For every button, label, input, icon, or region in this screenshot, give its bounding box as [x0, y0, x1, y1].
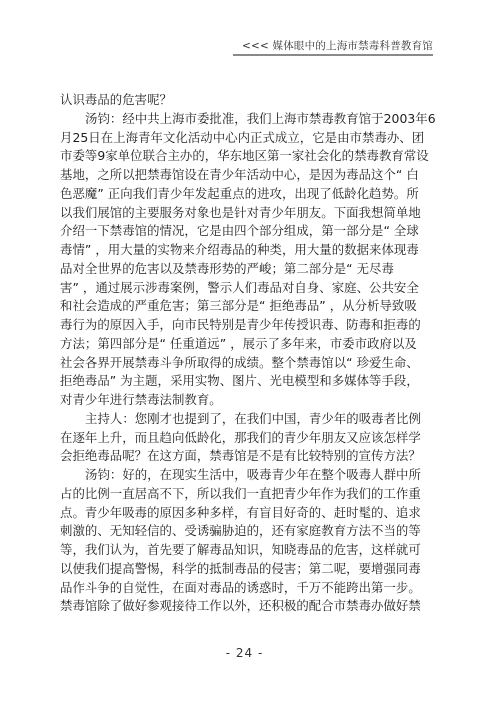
text-line: 品对全世界的危害以及禁毒形势的严峻；第二部分是“ 无尽毒 — [60, 260, 432, 279]
page-number: - 24 - — [0, 646, 489, 660]
text-line: 等，我们认为，首先要了解毒品知识，知晓毒品的危害，这样就可 — [60, 541, 432, 560]
text-line: 月25日在上海青年文化活动中心内正式成立，它是由市禁毒办、团 — [60, 129, 432, 148]
text-line: 社会各界开展禁毒斗争所取得的成绩。整个禁毒馆以“ 珍爱生命、 — [60, 354, 432, 373]
text-line: 在逐年上升，而且趋向低龄化，那我们的青少年朋友又应该怎样学 — [60, 429, 432, 448]
article-body: 认识毒品的危害呢？ 汤钧：经中共上海市委批准，我们上海市禁毒教育馆于2003年6… — [60, 91, 432, 616]
text-line: 以我们展馆的主要服务对象也是针对青少年朋友。下面我想简单地 — [60, 204, 432, 223]
text-line: 和社会造成的严重危害；第三部分是“ 拒绝毒品” ，从分析导致吸 — [60, 297, 432, 316]
paragraph-start-line: 汤钧：经中共上海市委批准，我们上海市禁毒教育馆于2003年6 — [60, 110, 432, 129]
text-line: 毒行为的原因入手，向市民特别是青少年传授识毒、防毒和拒毒的 — [60, 316, 432, 335]
text-line: 品作斗争的自觉性，在面对毒品的诱惑时，千万不能跨出第一步。 — [60, 579, 432, 598]
text-line: 会拒绝毒品呢？在这方面，禁毒馆是不是有比较特别的宣传方法？ — [60, 447, 432, 466]
text-line: 色恶魔” 正向我们青少年发起重点的进攻，出现了低龄化趋势。所 — [60, 185, 432, 204]
text-line: 对青少年进行禁毒法制教育。 — [60, 391, 432, 410]
text-line: 认识毒品的危害呢？ — [60, 91, 432, 110]
text-line: 介绍一下禁毒馆的情况，它是由四个部分组成，第一部分是“ 全球 — [60, 222, 432, 241]
text-line: 市委等9家单位联合主办的，华东地区第一家社会化的禁毒教育常设 — [60, 147, 432, 166]
text-line: 害” ，通过展示涉毒案例，警示人们毒品对自身、家庭、公共安全 — [60, 279, 432, 298]
text-line: 拒绝毒品” 为主题，采用实物、图片、光电模型和多媒体等手段， — [60, 372, 432, 391]
text-line: 禁毒馆除了做好参观接待工作以外，还积极的配合市禁毒办做好禁 — [60, 597, 432, 616]
running-header: <<< 媒体眼中的上海市禁毒科普教育馆 — [233, 38, 433, 56]
running-title: <<< 媒体眼中的上海市禁毒科普教育馆 — [242, 38, 433, 53]
text-line: 毒情” ，用大量的实物来介绍毒品的种类，用大量的数据来体现毒 — [60, 241, 432, 260]
text-line: 点。青少年吸毒的原因多种多样，有盲目好奇的、赶时髦的、追求 — [60, 504, 432, 523]
text-line: 刺激的、无知轻信的、受诱骗胁迫的，还有家庭教育方法不当的等 — [60, 522, 432, 541]
text-line: 以使我们提高警惕，科学的抵制毒品的侵害；第二呢，要增强同毒 — [60, 560, 432, 579]
paragraph-start-line: 汤钧：好的，在现实生活中，吸毒青少年在整个吸毒人群中所 — [60, 466, 432, 485]
text-line: 基地，之所以把禁毒馆设在青少年活动中心，是因为毒品这个“ 白 — [60, 166, 432, 185]
header-divider — [233, 54, 433, 56]
text-line: 占的比例一直居高不下，所以我们一直把青少年作为我们的工作重 — [60, 485, 432, 504]
text-line: 方法；第四部分是“ 任重道远” ，展示了多年来，市委市政府以及 — [60, 335, 432, 354]
paragraph-start-line: 主持人：您刚才也提到了，在我们中国，青少年的吸毒者比例 — [60, 410, 432, 429]
